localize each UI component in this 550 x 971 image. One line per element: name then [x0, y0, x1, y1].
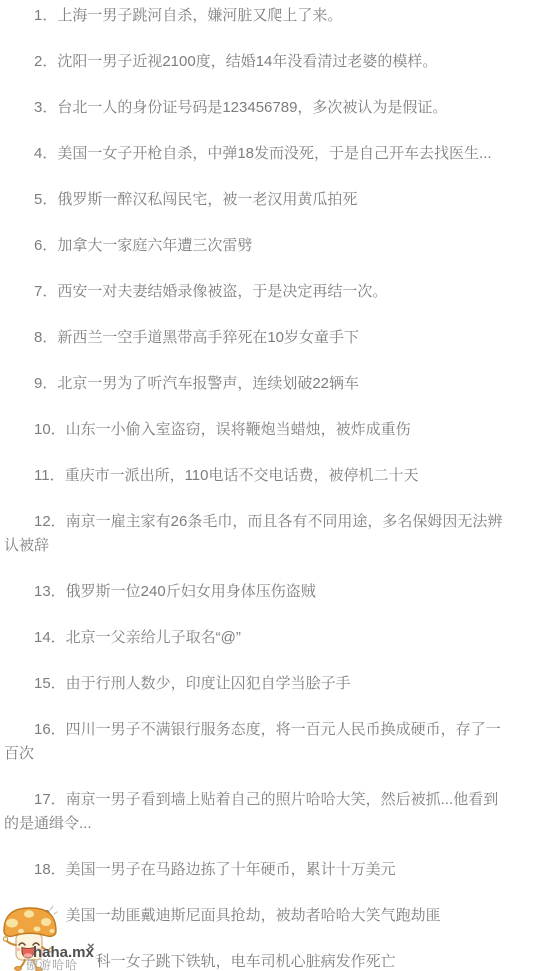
watermark: haha.mx × 傲游哈哈 [0, 900, 140, 971]
list-item: 13．俄罗斯一位240斤妇女用身体压伤盗贼 [4, 580, 546, 604]
list-item-text: 9．北京一男为了听汽车报警声，连续划破22辆车 [4, 372, 546, 396]
list-item: 8．新西兰一空手道黑带高手猝死在10岁女童手下 [4, 326, 546, 350]
list-item-text: 18．美国一男子在马路边拣了十年硬币，累计十万美元 [4, 858, 546, 882]
list-item: 6．加拿大一家庭六年遭三次雷劈 [4, 234, 546, 258]
list-item: 12．南京一雇主家有26条毛巾，而且各有不同用途，多名保姆因无法辨认被辞 [4, 510, 546, 558]
list-item: 9．北京一男为了听汽车报警声，连续划破22辆车 [4, 372, 546, 396]
list-item: 14．北京一父亲给儿子取名“@” [4, 626, 546, 650]
list-item-text: 13．俄罗斯一位240斤妇女用身体压伤盗贼 [4, 580, 546, 604]
list-item: 1．上海一男子跳河自杀，嫌河脏又爬上了来。 [4, 4, 546, 28]
list-item: 7．西安一对夫妻结婚录像被盗，于是决定再结一次。 [4, 280, 546, 304]
list-item-text: 5．俄罗斯一醉汉私闯民宅，被一老汉用黄瓜拍死 [4, 188, 546, 212]
list-item-text: 1．上海一男子跳河自杀，嫌河脏又爬上了来。 [4, 4, 546, 28]
list-item: 17．南京一男子看到墙上贴着自己的照片哈哈大笑，然后被抓...他看到的是通缉令.… [4, 788, 546, 836]
list-item-text: 16．四川一男子不满银行服务态度，将一百元人民币换成硬币，存了一 [4, 718, 546, 742]
list-item-text: 17．南京一男子看到墙上贴着自己的照片哈哈大笑，然后被抓...他看到 [4, 788, 546, 812]
list-item: 5．俄罗斯一醉汉私闯民宅，被一老汉用黄瓜拍死 [4, 188, 546, 212]
list-item: 4．美国一女子开枪自杀，中弹18发而没死，于是自己开车去找医生... [4, 142, 546, 166]
list-item: 2．沈阳一男子近视2100度，结婚14年没看清过老婆的模样。 [4, 50, 546, 74]
list-item: 10．山东一小偷入室盗窃，误将鞭炮当蜡烛，被炸成重伤 [4, 418, 546, 442]
list-item-text-wrap: 的是通缉令... [4, 812, 546, 836]
list-item-text: 14．北京一父亲给儿子取名“@” [4, 626, 546, 650]
list-item: 11．重庆市一派出所，110电话不交电话费，被停机二十天 [4, 464, 546, 488]
list-item: 16．四川一男子不满银行服务态度，将一百元人民币换成硬币，存了一百次 [4, 718, 546, 766]
list-item-text: 7．西安一对夫妻结婚录像被盗，于是决定再结一次。 [4, 280, 546, 304]
list-item-text: 11．重庆市一派出所，110电话不交电话费，被停机二十天 [4, 464, 546, 488]
list-item-text: 3．台北一人的身份证号码是123456789，多次被认为是假证。 [4, 96, 546, 120]
list-item-text-wrap: 百次 [4, 742, 546, 766]
list-item: 15．由于行刑人数少，印度让囚犯自学当脍子手 [4, 672, 546, 696]
list-item: 3．台北一人的身份证号码是123456789，多次被认为是假证。 [4, 96, 546, 120]
list-item-text: 12．南京一雇主家有26条毛巾，而且各有不同用途，多名保姆因无法辨 [4, 510, 546, 534]
list-item-text: 4．美国一女子开枪自杀，中弹18发而没死，于是自己开车去找医生... [4, 142, 546, 166]
list-item-text-wrap: 认被辞 [4, 534, 546, 558]
watermark-site-name: 傲游哈哈 [26, 959, 78, 971]
list-item-text: 2．沈阳一男子近视2100度，结婚14年没看清过老婆的模样。 [4, 50, 546, 74]
list-item-text: 6．加拿大一家庭六年遭三次雷劈 [4, 234, 546, 258]
watermark-x-mark: × [87, 940, 95, 953]
joke-list-page: 1．上海一男子跳河自杀，嫌河脏又爬上了来。 2．沈阳一男子近视2100度，结婚1… [0, 0, 550, 971]
list-item: 18．美国一男子在马路边拣了十年硬币，累计十万美元 [4, 858, 546, 882]
list-item-text: 8．新西兰一空手道黑带高手猝死在10岁女童手下 [4, 326, 546, 350]
list-item-text: 15．由于行刑人数少，印度让囚犯自学当脍子手 [4, 672, 546, 696]
list-item-text: 10．山东一小偷入室盗窃，误将鞭炮当蜡烛，被炸成重伤 [4, 418, 546, 442]
